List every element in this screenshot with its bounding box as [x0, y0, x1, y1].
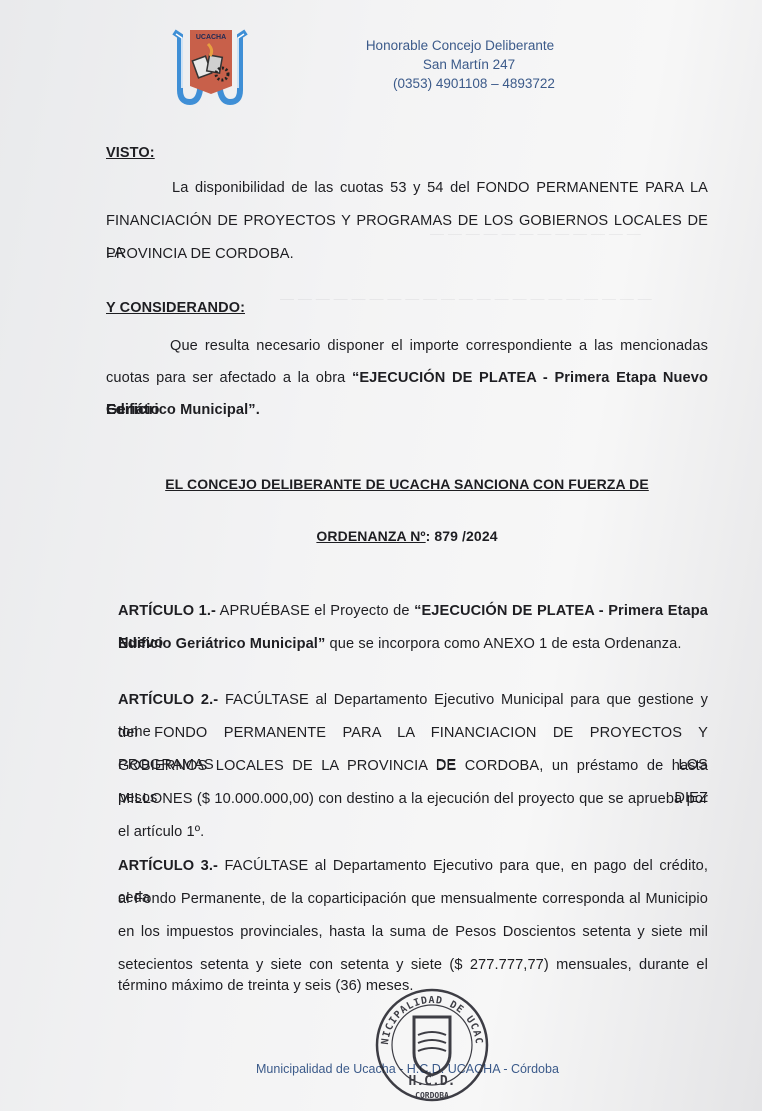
- article-2-label: ARTÍCULO 2.-: [118, 692, 218, 708]
- article-1-text: APRUÉBASE el Proyecto de: [216, 603, 414, 619]
- article-1-line-2: Edificio Geriátrico Municipal” que se in…: [118, 628, 708, 660]
- article-1-project-continued: Edificio Geriátrico Municipal”: [118, 636, 325, 652]
- project-name-continued: Geriátrico Municipal”.: [106, 402, 260, 418]
- article-2-line-4: MILLONES ($ 10.000.000,00) con destino a…: [118, 783, 708, 815]
- institution-name: Honorable Concejo Deliberante: [360, 36, 560, 55]
- sanction-heading: EL CONCEJO DELIBERANTE DE UCACHA SANCION…: [106, 468, 708, 500]
- article-3-label: ARTÍCULO 3.-: [118, 858, 218, 874]
- considerando-line-1: Que resulta necesario disponer el import…: [170, 330, 708, 362]
- considerando-text: cuotas para ser afectado a la obra: [106, 370, 352, 386]
- letterhead-contact: Honorable Concejo Deliberante San Martín…: [360, 36, 560, 93]
- bleed-through-text: — — — — — — — — — — — — — — — — — — — — …: [280, 290, 652, 306]
- article-3-line-2: al Fondo Permanente, de la coparticipaci…: [118, 883, 708, 915]
- institution-address: San Martín 247: [360, 55, 560, 74]
- ordinance-label: ORDENANZA Nº: [316, 528, 425, 544]
- ordinance-title: ORDENANZA Nº: 879 /2024: [106, 520, 708, 552]
- visto-heading: VISTO:: [106, 137, 155, 169]
- document-page: UCACHA Honorable Concejo Deliberante San…: [0, 0, 762, 1111]
- ordinance-number: : 879 /2024: [426, 528, 498, 544]
- svg-text:CORDOBA: CORDOBA: [415, 1091, 449, 1100]
- municipal-seal-stamp: MUNICIPALIDAD DE UCACHA H.C.D. CORDOBA: [372, 985, 492, 1103]
- visto-line-1: La disponibilidad de las cuotas 53 y 54 …: [172, 172, 708, 204]
- ucacha-coat-of-arms-logo: UCACHA: [170, 24, 250, 106]
- svg-text:H.C.D.: H.C.D.: [409, 1074, 456, 1089]
- article-1-label: ARTÍCULO 1.-: [118, 603, 216, 619]
- considerando-line-3: Geriátrico Municipal”.: [106, 394, 708, 426]
- considerando-heading: Y CONSIDERANDO:: [106, 292, 245, 324]
- svg-text:UCACHA: UCACHA: [196, 34, 226, 41]
- institution-phone: (0353) 4901108 – 4893722: [360, 74, 560, 93]
- visto-line-3: PROVINCIA DE CORDOBA.: [106, 238, 708, 270]
- article-1-text-continued: que se incorpora como ANEXO 1 de esta Or…: [325, 636, 681, 652]
- svg-text:MUNICIPALIDAD DE UCACHA: MUNICIPALIDAD DE UCACHA: [372, 985, 484, 1045]
- article-2-line-5: el artículo 1º.: [118, 816, 708, 848]
- article-3-line-3: en los impuestos provinciales, hasta la …: [118, 916, 708, 948]
